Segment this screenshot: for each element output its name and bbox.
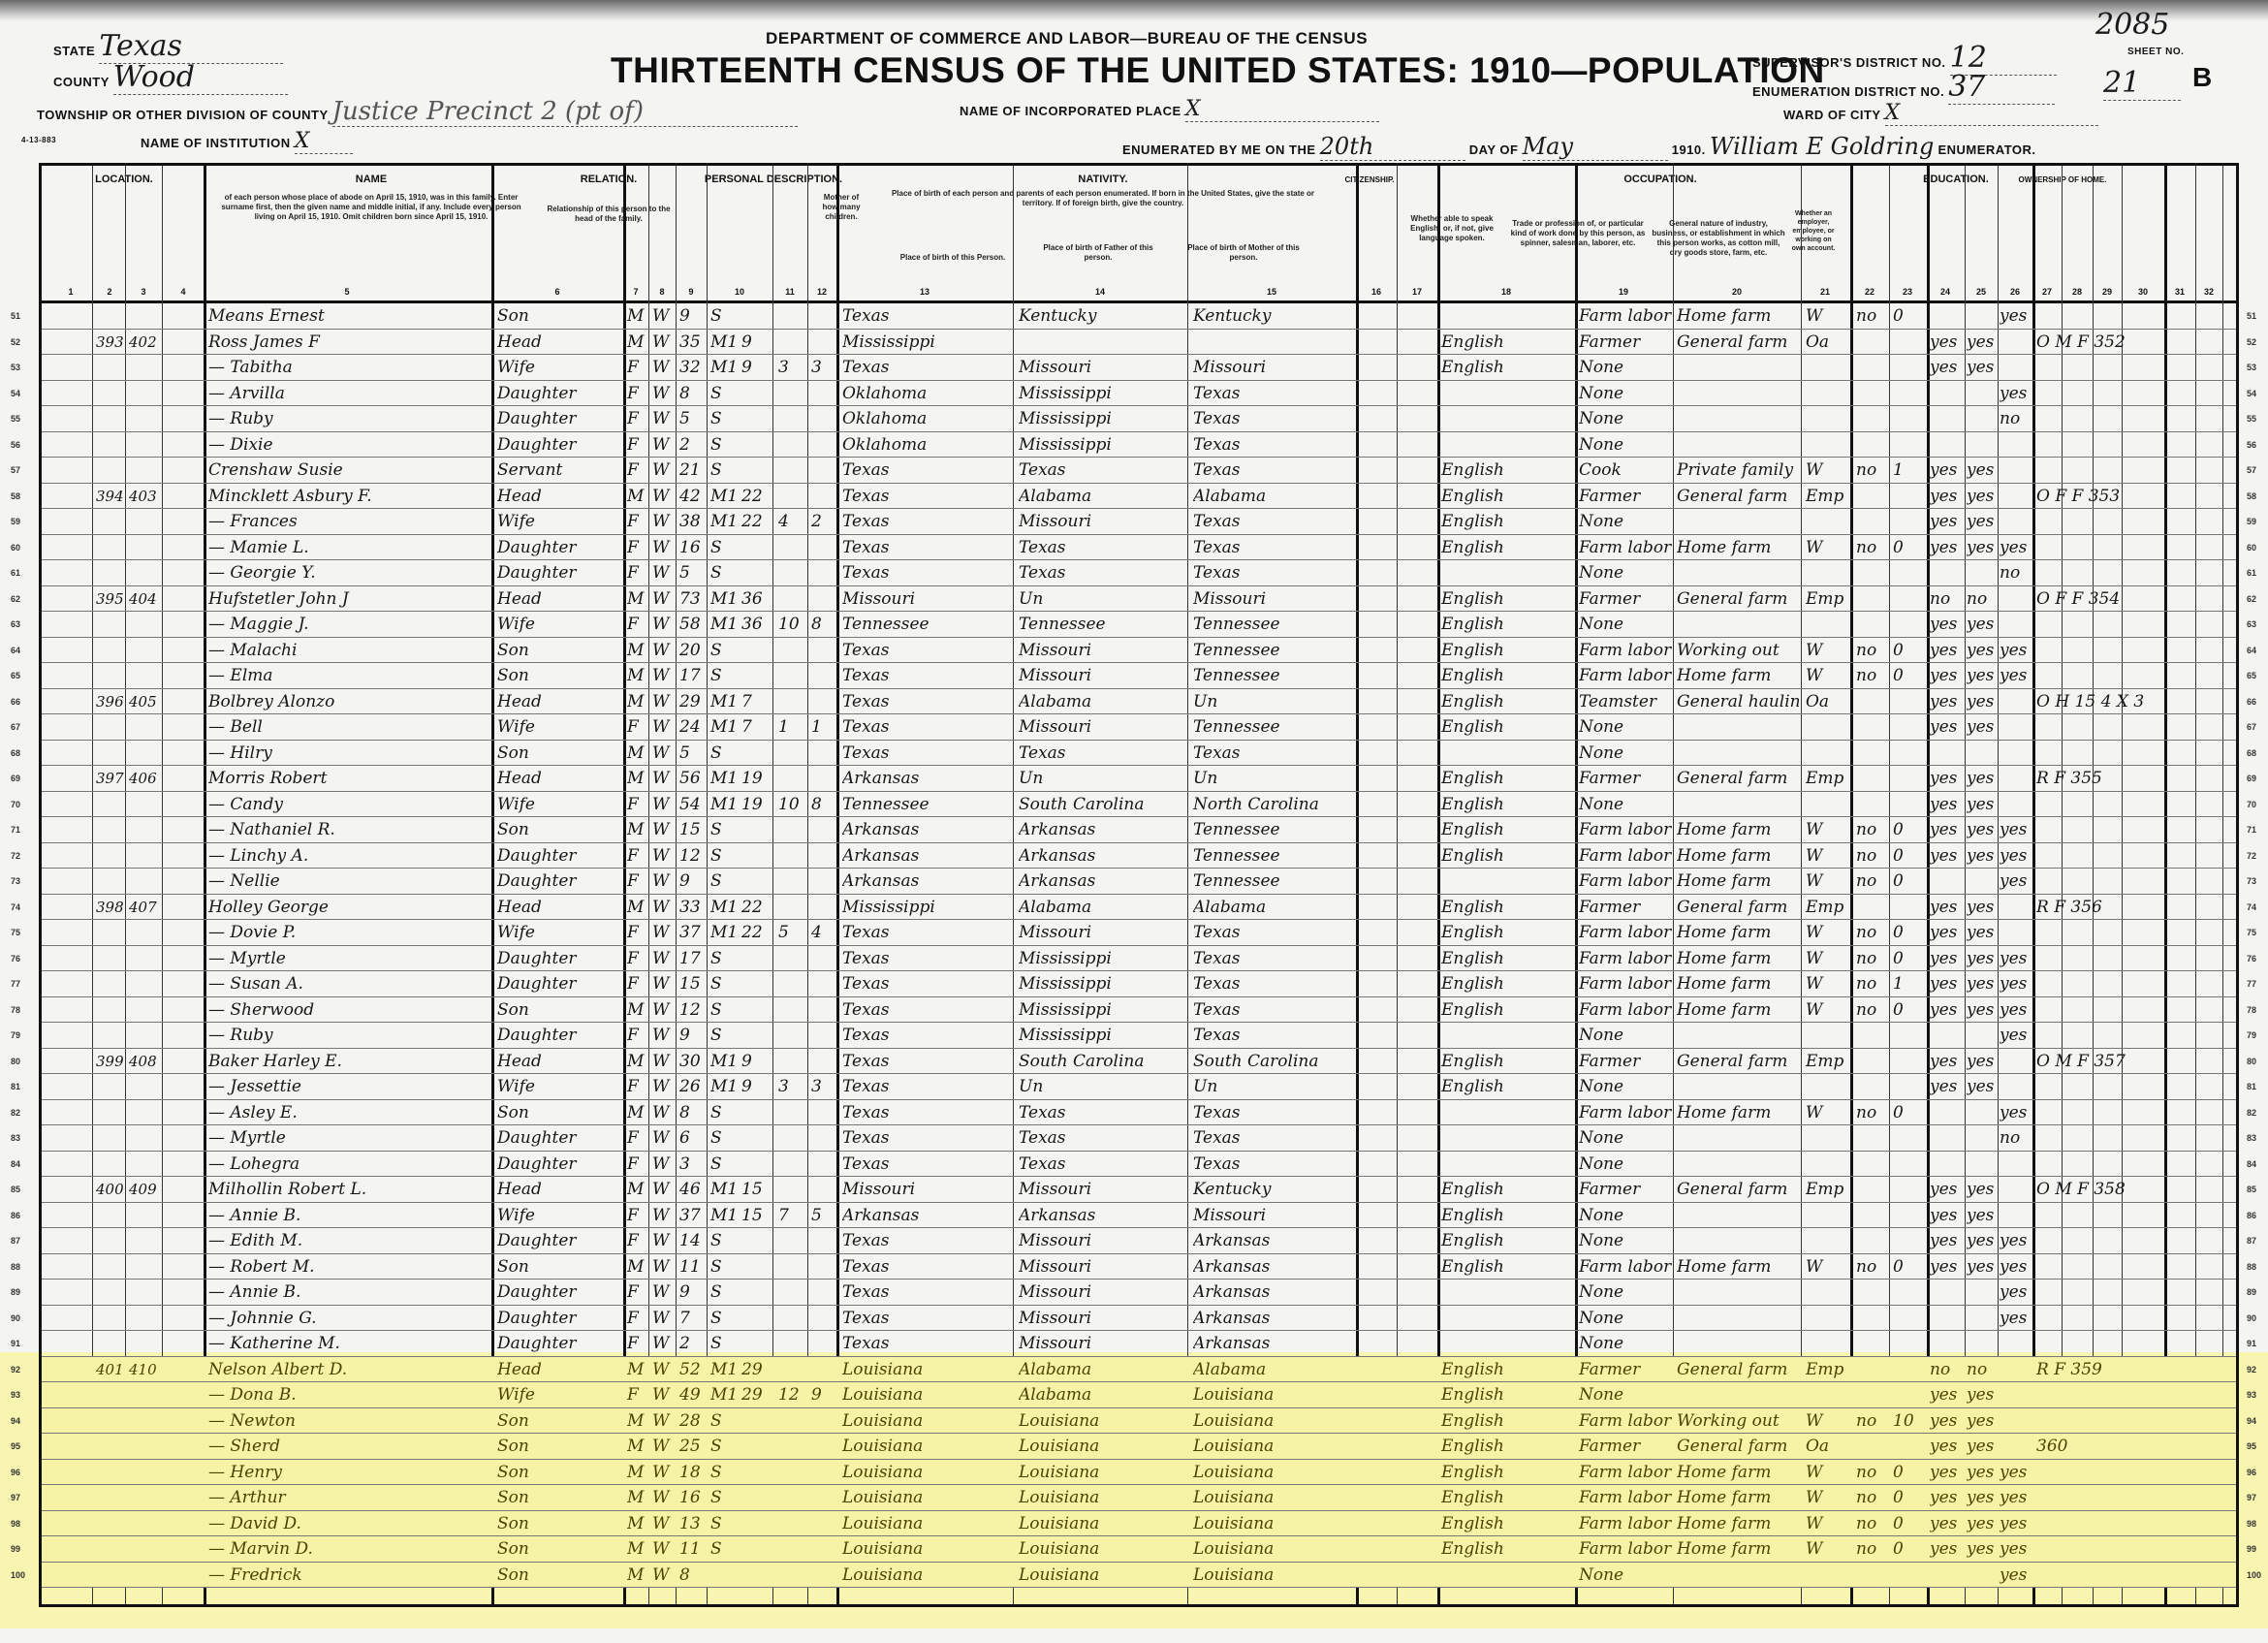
age: 2 — [679, 432, 707, 458]
employer-status: W — [1806, 458, 1848, 483]
birthplace-person: Louisiana — [842, 1485, 1011, 1510]
employer-header: Whether an employer, employee, or workin… — [1791, 209, 1836, 253]
attended-school: yes — [2000, 997, 2032, 1023]
marital-status: S — [710, 406, 740, 431]
years-married — [741, 997, 771, 1023]
home-ownership: O M F 352 — [2036, 330, 2162, 355]
birthplace-mother: Texas — [1193, 1023, 1354, 1048]
industry: Home farm — [1677, 946, 1799, 971]
can-write — [1967, 1125, 1998, 1151]
line-number: 73 — [11, 876, 20, 886]
line-number-right: 83 — [2247, 1133, 2256, 1143]
children-living: 1 — [811, 714, 836, 740]
industry: Home farm — [1677, 920, 1799, 945]
out-of-work: no — [1856, 663, 1887, 688]
column-number: 7 — [626, 287, 646, 297]
marital-status: S — [710, 946, 740, 971]
sex: F — [627, 946, 648, 971]
line-number-right: 62 — [2247, 594, 2256, 604]
age: 5 — [679, 560, 707, 585]
children-born — [778, 817, 805, 842]
marital-status: S — [710, 1408, 740, 1434]
can-read: yes — [1930, 1382, 1963, 1407]
can-write: yes — [1967, 1049, 1998, 1074]
industry — [1677, 432, 1799, 458]
family-number — [129, 1536, 162, 1562]
table-row: 73 — Nellie Daughter F W 9 S Arkansas Ar… — [42, 869, 2236, 895]
dwelling-number — [96, 1203, 125, 1228]
race: W — [652, 330, 674, 355]
can-read: yes — [1930, 638, 1963, 663]
relation: Son — [497, 638, 621, 663]
home-ownership: 360 — [2036, 1434, 2162, 1459]
relation: Head — [497, 1357, 621, 1382]
table-row: 80 399 408 Baker Harley E. Head M W 30 M… — [42, 1049, 2236, 1075]
children-born — [778, 843, 805, 869]
age: 8 — [679, 1100, 707, 1125]
table-row: 74 398 407 Holley George Head M W 33 M1 … — [42, 895, 2236, 921]
can-write — [1967, 1563, 1998, 1588]
children-born — [778, 303, 805, 329]
sex: F — [627, 843, 648, 869]
can-read: no — [1930, 586, 1963, 612]
dwelling-number: 401 — [96, 1357, 125, 1382]
years-married — [741, 381, 771, 406]
person-name: Holley George — [208, 895, 489, 920]
table-row: 78 — Sherwood Son M W 12 S Texas Mississ… — [42, 997, 2236, 1024]
line-number-right: 55 — [2247, 414, 2256, 424]
language — [1441, 1152, 1573, 1177]
relation: Head — [497, 1049, 621, 1074]
birthplace-father: Mississippi — [1019, 432, 1185, 458]
person-name: — Myrtle — [208, 1125, 489, 1151]
birthplace-person: Missouri — [842, 586, 1011, 612]
line-number: 98 — [11, 1519, 20, 1529]
sex: M — [627, 663, 648, 688]
age: 12 — [679, 843, 707, 869]
employer-status — [1806, 1125, 1848, 1151]
age: 16 — [679, 535, 707, 560]
weeks-out-of-work: 0 — [1893, 1485, 1926, 1510]
can-write — [1967, 1331, 1998, 1356]
weeks-out-of-work: 0 — [1893, 1100, 1926, 1125]
table-row: 61 — Georgie Y. Daughter F W 5 S Texas T… — [42, 560, 2236, 586]
can-write: yes — [1967, 714, 1998, 740]
out-of-work — [1856, 1074, 1887, 1099]
can-write — [1967, 303, 1998, 329]
can-write: yes — [1967, 1203, 1998, 1228]
race: W — [652, 560, 674, 585]
can-write: yes — [1967, 1177, 1998, 1202]
race: W — [652, 381, 674, 406]
weeks-out-of-work — [1893, 741, 1926, 766]
can-write: yes — [1967, 1254, 1998, 1280]
marital-status: M1 — [710, 1382, 740, 1407]
sex: F — [627, 1125, 648, 1151]
marital-status: M1 — [710, 612, 740, 637]
children-living — [811, 1177, 836, 1202]
industry: Home farm — [1677, 1100, 1799, 1125]
race: W — [652, 612, 674, 637]
race: W — [652, 869, 674, 894]
birthplace-father: Louisiana — [1019, 1511, 1185, 1536]
children-born — [778, 535, 805, 560]
family-number — [129, 355, 162, 380]
can-read: yes — [1930, 1511, 1963, 1536]
trade: None — [1579, 1382, 1672, 1407]
relation: Head — [497, 586, 621, 612]
relation: Son — [497, 1434, 621, 1459]
industry: General hauling — [1677, 689, 1799, 714]
dwelling-number — [96, 1228, 125, 1253]
years-married — [741, 1306, 771, 1331]
family-number — [129, 997, 162, 1023]
birthplace-father: Missouri — [1019, 1228, 1185, 1253]
column-number: 6 — [548, 287, 567, 297]
person-name: — Linchy A. — [208, 843, 489, 869]
children-living — [811, 1331, 836, 1356]
table-row: 52 393 402 Ross James F Head M W 35 M1 9… — [42, 330, 2236, 356]
home-ownership — [2036, 1228, 2162, 1253]
age: 37 — [679, 1203, 707, 1228]
children-living: 5 — [811, 1203, 836, 1228]
person-name: — Asley E. — [208, 1100, 489, 1125]
employer-status: Emp — [1806, 1177, 1848, 1202]
language: English — [1441, 946, 1573, 971]
can-read: yes — [1930, 1460, 1963, 1485]
relation: Son — [497, 997, 621, 1023]
sex: F — [627, 1306, 648, 1331]
person-name: — Candy — [208, 792, 489, 817]
home-ownership — [2036, 1331, 2162, 1356]
trade: Farm laborer — [1579, 303, 1672, 329]
race: W — [652, 638, 674, 663]
trade: Farm laborer — [1579, 843, 1672, 869]
weeks-out-of-work: 1 — [1893, 458, 1926, 483]
language — [1441, 1023, 1573, 1048]
family-number — [129, 1203, 162, 1228]
birthplace-mother: Tennessee — [1193, 869, 1354, 894]
birthplace-mother: Missouri — [1193, 355, 1354, 380]
weeks-out-of-work — [1893, 612, 1926, 637]
years-married — [741, 638, 771, 663]
trade: Farmer — [1579, 895, 1672, 920]
trade: None — [1579, 432, 1672, 458]
institution-value: X — [295, 129, 353, 154]
industry: Home farm — [1677, 1485, 1799, 1510]
can-read: yes — [1930, 458, 1963, 483]
birthplace-father: Kentucky — [1019, 303, 1185, 329]
can-write: yes — [1967, 997, 1998, 1023]
can-write: yes — [1967, 484, 1998, 509]
language — [1441, 1306, 1573, 1331]
attended-school — [2000, 1382, 2032, 1407]
attended-school — [2000, 586, 2032, 612]
birthplace-person: Mississippi — [842, 895, 1011, 920]
person-name: — Robert M. — [208, 1254, 489, 1280]
children-born — [778, 560, 805, 585]
enum-district-value: 37 — [1948, 70, 2055, 105]
relation: Son — [497, 303, 621, 329]
line-number-right: 64 — [2247, 646, 2256, 655]
can-write: yes — [1967, 638, 1998, 663]
race: W — [652, 971, 674, 996]
employer-status: W — [1806, 663, 1848, 688]
trade: Farmer — [1579, 586, 1672, 612]
out-of-work — [1856, 560, 1887, 585]
children-living — [811, 1152, 836, 1177]
relation: Wife — [497, 355, 621, 380]
employer-status — [1806, 509, 1848, 534]
dwelling-number: 398 — [96, 895, 125, 920]
birthplace-person: Texas — [842, 638, 1011, 663]
out-of-work — [1856, 330, 1887, 355]
birthplace-mother: Missouri — [1193, 586, 1354, 612]
race: W — [652, 1023, 674, 1048]
line-number: 67 — [11, 722, 20, 732]
line-number: 91 — [11, 1339, 20, 1348]
children-born — [778, 381, 805, 406]
birthplace-father: Alabama — [1019, 689, 1185, 714]
line-number-right: 90 — [2247, 1313, 2256, 1323]
can-write: yes — [1967, 1434, 1998, 1459]
line-number-right: 95 — [2247, 1441, 2256, 1451]
home-ownership — [2036, 971, 2162, 996]
family-number: 405 — [129, 689, 162, 714]
trade: None — [1579, 714, 1672, 740]
age: 6 — [679, 1125, 707, 1151]
birthplace-mother: Tennessee — [1193, 714, 1354, 740]
dwelling-number — [96, 638, 125, 663]
person-name: — Tabitha — [208, 355, 489, 380]
can-write — [1967, 1280, 1998, 1305]
years-married: 7 — [741, 689, 771, 714]
attended-school: yes — [2000, 1280, 2032, 1305]
children-born — [778, 1331, 805, 1356]
person-name: — Dovie P. — [208, 920, 489, 945]
home-ownership — [2036, 920, 2162, 945]
relation: Daughter — [497, 535, 621, 560]
birthplace-father: Missouri — [1019, 1306, 1185, 1331]
out-of-work — [1856, 1563, 1887, 1588]
person-name: — Ruby — [208, 406, 489, 431]
table-row: 90 — Johnnie G. Daughter F W 7 S Texas M… — [42, 1306, 2236, 1332]
attended-school: yes — [2000, 535, 2032, 560]
birthplace-person: Texas — [842, 509, 1011, 534]
out-of-work — [1856, 1434, 1887, 1459]
relation: Daughter — [497, 560, 621, 585]
supervisor-label: SUPERVISOR'S DISTRICT NO. — [1752, 55, 1946, 70]
line-number: 56 — [11, 440, 20, 450]
weeks-out-of-work — [1893, 1177, 1926, 1202]
sex: M — [627, 997, 648, 1023]
birthplace-father: Louisiana — [1019, 1536, 1185, 1562]
language — [1441, 406, 1573, 431]
family-number — [129, 817, 162, 842]
children-born — [778, 1100, 805, 1125]
trade: None — [1579, 406, 1672, 431]
birthplace-father: Missouri — [1019, 638, 1185, 663]
birthplace-person: Arkansas — [842, 766, 1011, 791]
nativity-description: Place of birth of each person and parent… — [885, 189, 1321, 208]
children-born: 10 — [778, 612, 805, 637]
race: W — [652, 1331, 674, 1356]
out-of-work: no — [1856, 997, 1887, 1023]
industry: Home farm — [1677, 1511, 1799, 1536]
race: W — [652, 1511, 674, 1536]
birthplace-father: Arkansas — [1019, 843, 1185, 869]
trade: Farm laborer — [1579, 663, 1672, 688]
trade: Farmer — [1579, 330, 1672, 355]
language — [1441, 560, 1573, 585]
line-number-right: 92 — [2247, 1365, 2256, 1374]
relation: Son — [497, 663, 621, 688]
years-married — [741, 971, 771, 996]
person-name: — Malachi — [208, 638, 489, 663]
birthplace-mother: Kentucky — [1193, 303, 1354, 329]
attended-school — [2000, 355, 2032, 380]
attended-school: yes — [2000, 663, 2032, 688]
home-ownership — [2036, 792, 2162, 817]
home-ownership: R F 359 — [2036, 1357, 2162, 1382]
person-name: — Marvin D. — [208, 1536, 489, 1562]
weeks-out-of-work — [1893, 1152, 1926, 1177]
family-number — [129, 303, 162, 329]
birthplace-person: Louisiana — [842, 1460, 1011, 1485]
employer-status: Oa — [1806, 689, 1848, 714]
line-number: 74 — [11, 902, 20, 912]
home-ownership — [2036, 432, 2162, 458]
race: W — [652, 1434, 674, 1459]
enum-district-label: ENUMERATION DISTRICT NO. — [1752, 84, 1944, 99]
relation: Wife — [497, 1382, 621, 1407]
weeks-out-of-work: 1 — [1893, 971, 1926, 996]
trade: Farmer — [1579, 1049, 1672, 1074]
age: 2 — [679, 1331, 707, 1356]
children-born — [778, 484, 805, 509]
sex: M — [627, 303, 648, 329]
language: English — [1441, 1408, 1573, 1434]
marital-status: S — [710, 817, 740, 842]
relation: Wife — [497, 792, 621, 817]
years-married — [741, 1460, 771, 1485]
trade: None — [1579, 1306, 1672, 1331]
birthplace-person: Texas — [842, 560, 1011, 585]
attended-school — [2000, 612, 2032, 637]
employer-status: Emp — [1806, 586, 1848, 612]
can-read — [1930, 1125, 1963, 1151]
trade: None — [1579, 1228, 1672, 1253]
birthplace-mother: Texas — [1193, 458, 1354, 483]
can-write — [1967, 869, 1998, 894]
race: W — [652, 406, 674, 431]
children-born — [778, 1511, 805, 1536]
family-number — [129, 663, 162, 688]
age: 17 — [679, 663, 707, 688]
attended-school — [2000, 1357, 2032, 1382]
can-read: yes — [1930, 817, 1963, 842]
employer-status: W — [1806, 1460, 1848, 1485]
years-married: 22 — [741, 895, 771, 920]
form-code: 4-13-883 — [21, 136, 56, 144]
marital-status: S — [710, 997, 740, 1023]
family-number — [129, 1152, 162, 1177]
industry: Home farm — [1677, 971, 1799, 996]
birthplace-father: Louisiana — [1019, 1563, 1185, 1588]
family-number — [129, 1331, 162, 1356]
birthplace-father: Missouri — [1019, 1280, 1185, 1305]
sex: F — [627, 1280, 648, 1305]
race: W — [652, 714, 674, 740]
weeks-out-of-work: 10 — [1893, 1408, 1926, 1434]
attended-school — [2000, 1049, 2032, 1074]
county-value: Wood — [113, 60, 288, 95]
marital-status: M1 — [710, 714, 740, 740]
language: English — [1441, 355, 1573, 380]
age: 28 — [679, 1408, 707, 1434]
years-married — [741, 1331, 771, 1356]
age: 54 — [679, 792, 707, 817]
column-number: 31 — [2170, 287, 2189, 297]
age: 33 — [679, 895, 707, 920]
age: 18 — [679, 1460, 707, 1485]
birthplace-person: Texas — [842, 971, 1011, 996]
birthplace-person: Tennessee — [842, 612, 1011, 637]
relation-description: Relationship of this person to the head … — [546, 205, 672, 224]
line-number: 65 — [11, 671, 20, 680]
industry — [1677, 1228, 1799, 1253]
birthplace-person: Texas — [842, 458, 1011, 483]
children-living — [811, 381, 836, 406]
home-ownership: O F F 354 — [2036, 586, 2162, 612]
family-number — [129, 843, 162, 869]
birthplace-person: Louisiana — [842, 1563, 1011, 1588]
can-read: yes — [1930, 612, 1963, 637]
attended-school — [2000, 330, 2032, 355]
relation: Wife — [497, 509, 621, 534]
group-occupation: OCCUPATION. — [1505, 174, 1815, 185]
language — [1441, 1280, 1573, 1305]
out-of-work — [1856, 355, 1887, 380]
out-of-work — [1856, 714, 1887, 740]
can-read — [1930, 560, 1963, 585]
birthplace-mother: Louisiana — [1193, 1563, 1354, 1588]
years-married — [741, 663, 771, 688]
table-row: 69 397 406 Morris Robert Head M W 56 M1 … — [42, 766, 2236, 792]
children-born — [778, 1280, 805, 1305]
table-row: 79 — Ruby Daughter F W 9 S Texas Mississ… — [42, 1023, 2236, 1049]
race: W — [652, 766, 674, 791]
dwelling-number — [96, 869, 125, 894]
industry — [1677, 355, 1799, 380]
home-ownership — [2036, 406, 2162, 431]
can-write: yes — [1967, 355, 1998, 380]
birthplace-mother: Kentucky — [1193, 1177, 1354, 1202]
weeks-out-of-work — [1893, 1203, 1926, 1228]
birthplace-mother: Texas — [1193, 535, 1354, 560]
birth-father-header: Place of birth of Father of this person. — [1030, 243, 1166, 263]
can-read — [1930, 406, 1963, 431]
employer-status — [1806, 432, 1848, 458]
table-row: 82 — Asley E. Son M W 8 S Texas Texas Te… — [42, 1100, 2236, 1126]
sheet-value: 21 — [2103, 66, 2181, 101]
marital-status: M1 — [710, 1074, 740, 1099]
out-of-work: no — [1856, 535, 1887, 560]
can-write: yes — [1967, 843, 1998, 869]
language — [1441, 381, 1573, 406]
employer-status: Emp — [1806, 1357, 1848, 1382]
person-name: — Dixie — [208, 432, 489, 458]
